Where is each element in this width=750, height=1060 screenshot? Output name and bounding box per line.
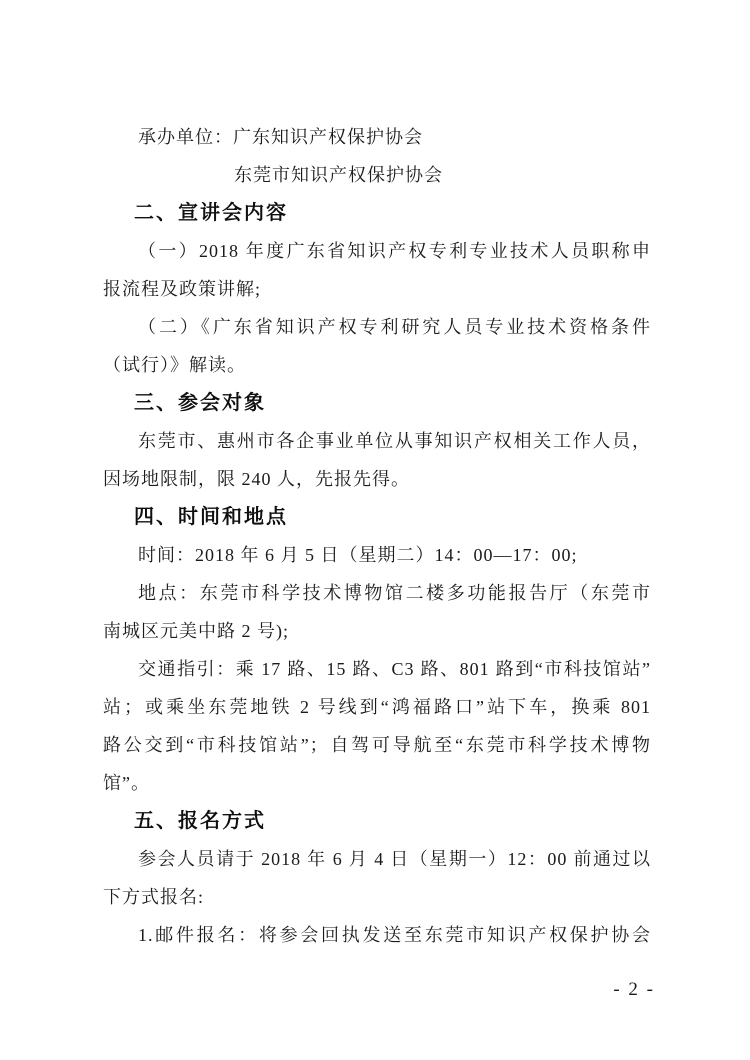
document-line: 承办单位：广东知识产权保护协会 [103,118,651,156]
document-line: 南城区元美中路 2 号); [103,612,651,650]
document-body: 承办单位：广东知识产权保护协会东莞市知识产权保护协会二、宣讲会内容（一）2018… [103,118,651,954]
document-line: 站；或乘坐东莞地铁 2 号线到“鸿福路口”站下车，换乘 801 [103,688,651,726]
document-line: 交通指引：乘 17 路、15 路、C3 路、801 路到“市科技馆站” [103,650,651,688]
document-line: （一）2018 年度广东省知识产权专利专业技术人员职称申 [103,232,651,270]
document-line: 1.邮件报名：将参会回执发送至东莞市知识产权保护协会 [103,916,651,954]
document-line: 因场地限制，限 240 人，先报先得。 [103,460,651,498]
document-line: （试行）》解读。 [103,346,651,384]
document-line: 东莞市、惠州市各企事业单位从事知识产权相关工作人员， [103,422,651,460]
section-heading: 二、宣讲会内容 [103,194,651,232]
section-heading: 四、时间和地点 [103,498,651,536]
document-line: 东莞市知识产权保护协会 [103,156,651,194]
document-line: 地点：东莞市科学技术博物馆二楼多功能报告厅（东莞市 [103,574,651,612]
document-line: 报流程及政策讲解; [103,270,651,308]
section-heading: 五、报名方式 [103,802,651,840]
page-number: - 2 - [613,976,655,1004]
document-page: 承办单位：广东知识产权保护协会东莞市知识产权保护协会二、宣讲会内容（一）2018… [0,0,750,1060]
document-line: 时间：2018 年 6 月 5 日（星期二）14：00—17：00; [103,536,651,574]
document-line: 路公交到“市科技馆站”；自驾可导航至“东莞市科学技术博物 [103,726,651,764]
document-line: 馆”。 [103,764,651,802]
document-line: 参会人员请于 2018 年 6 月 4 日（星期一）12：00 前通过以 [103,840,651,878]
document-line: （二）《广东省知识产权专利研究人员专业技术资格条件 [103,308,651,346]
section-heading: 三、参会对象 [103,384,651,422]
document-line: 下方式报名: [103,878,651,916]
